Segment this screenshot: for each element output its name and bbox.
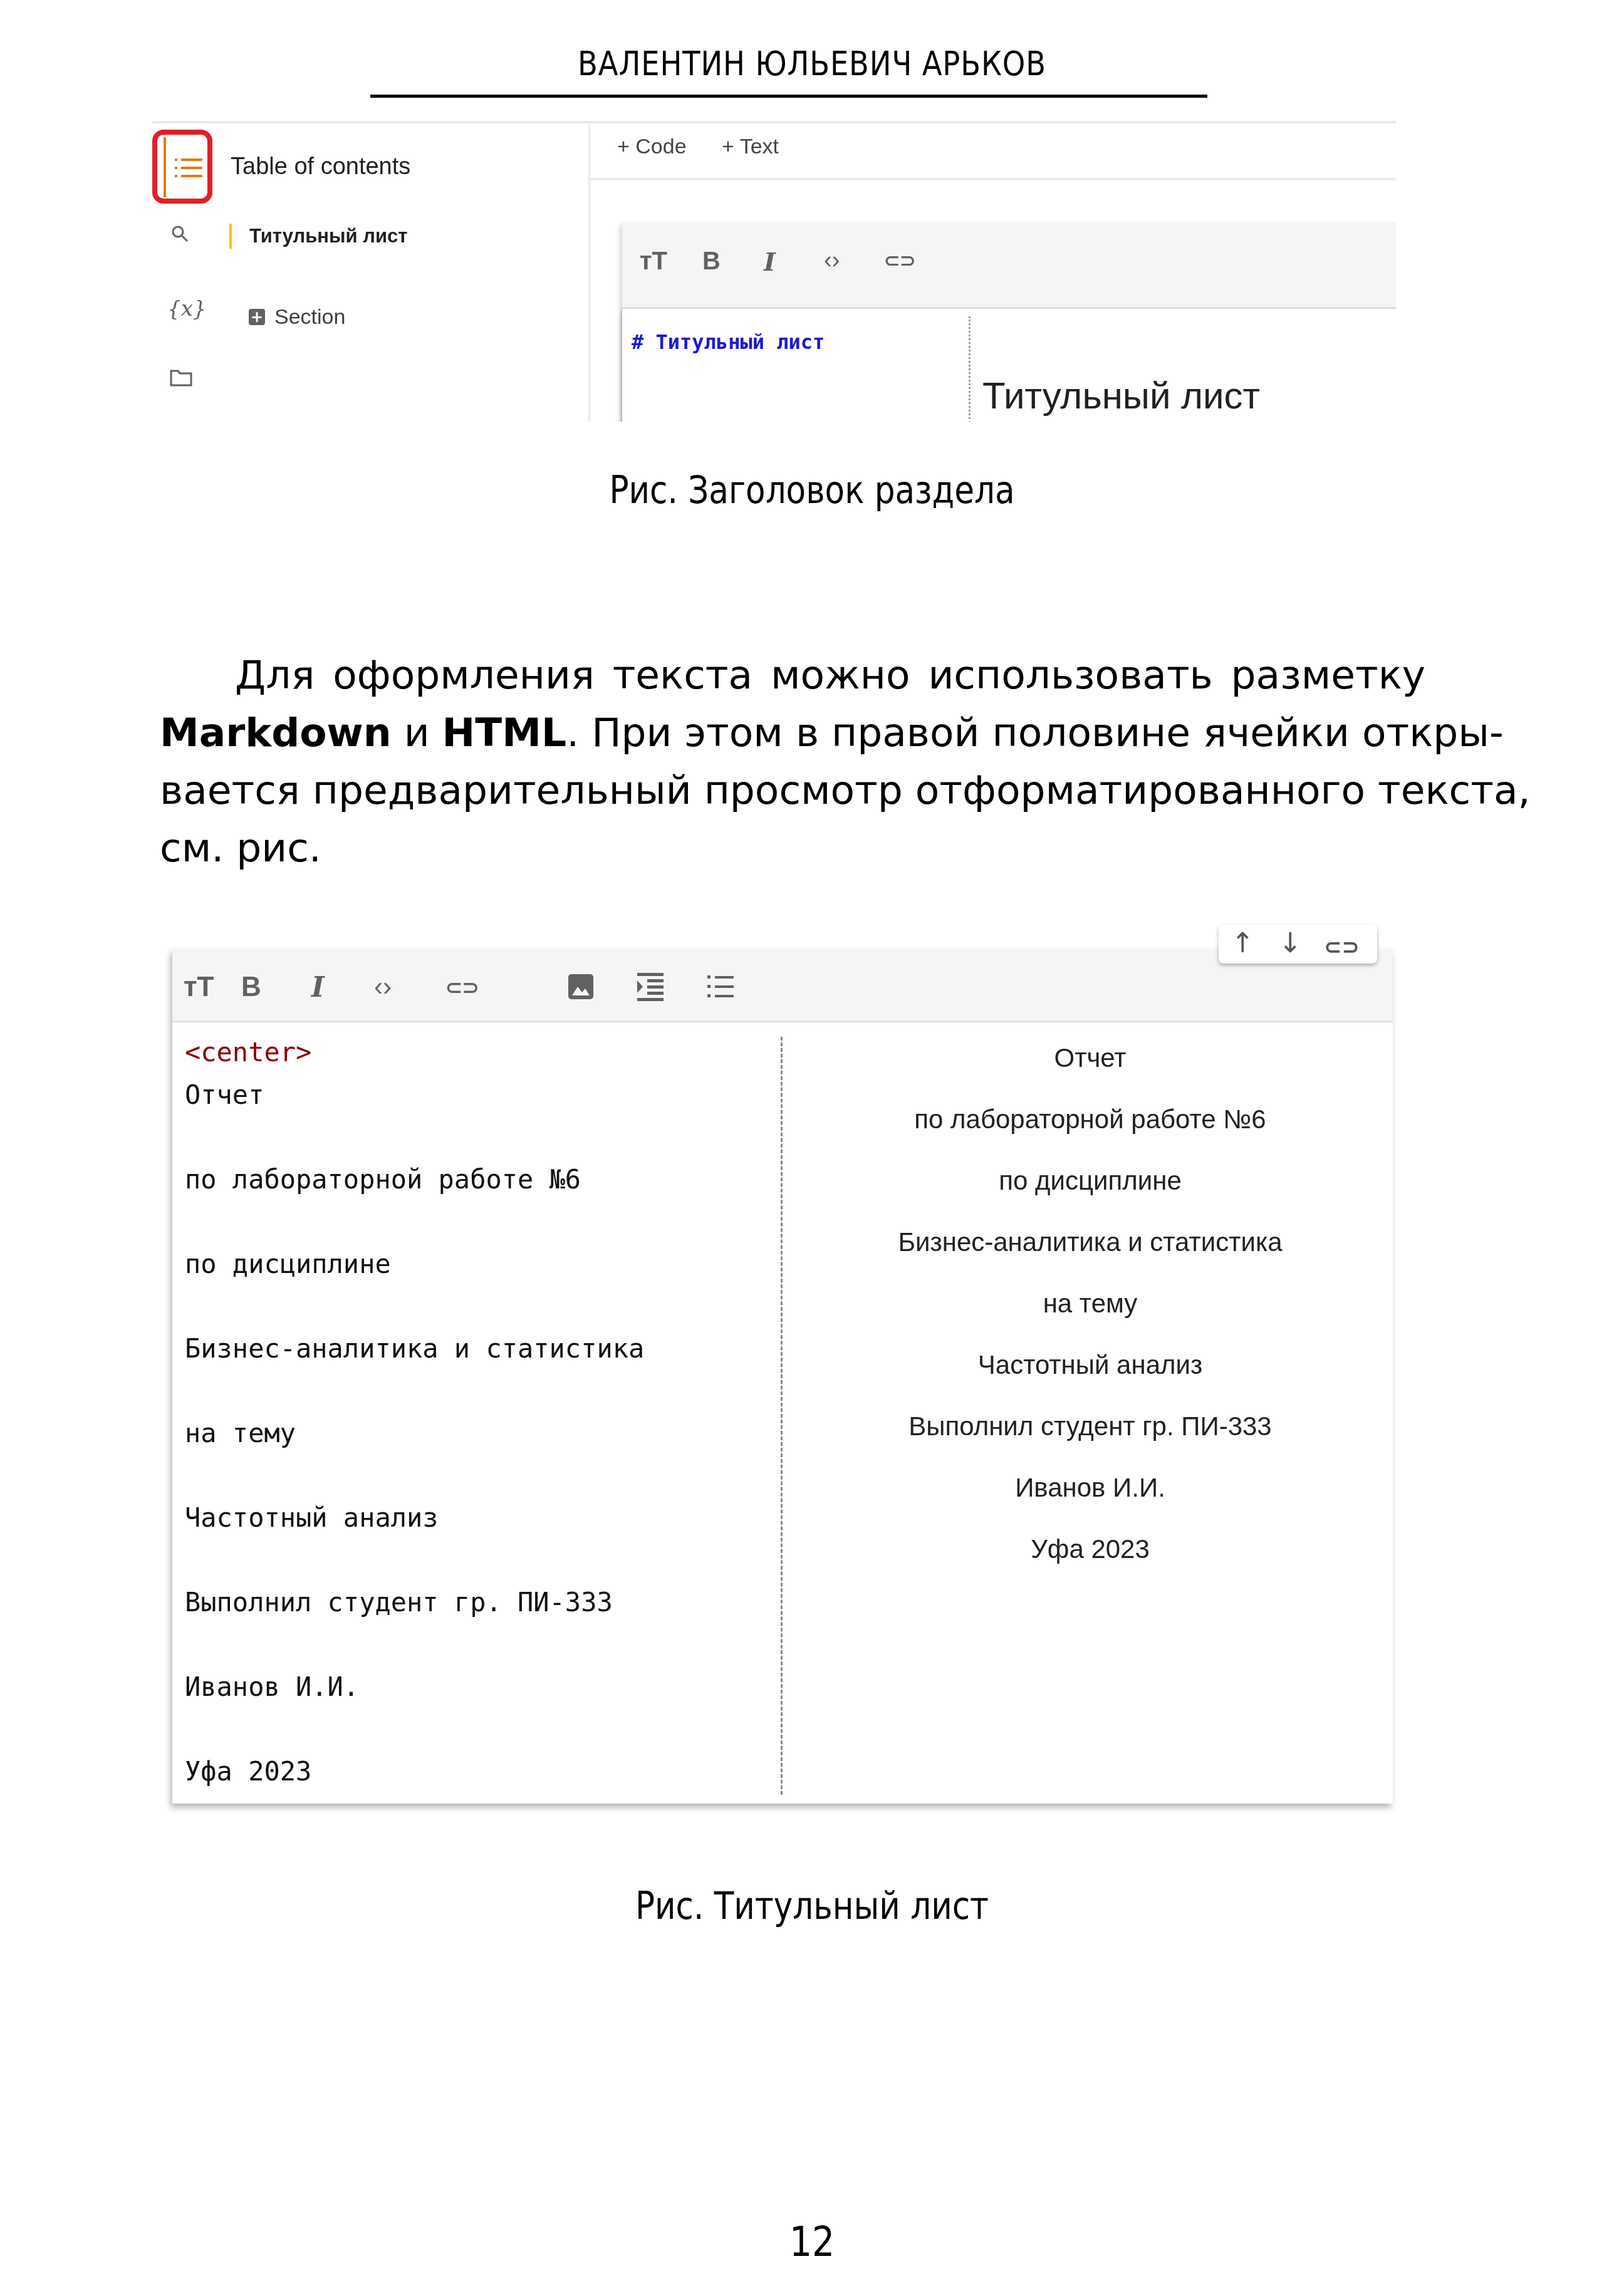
search-icon[interactable]	[171, 225, 189, 242]
markdown-preview-heading: Титульный лист	[982, 374, 1260, 417]
running-header: ВАЛЕНТИН ЮЛЬЕВИЧ АРЬКОВ	[113, 44, 1510, 84]
source-line: Иванов И.И.	[185, 1671, 359, 1702]
paragraph-line-4: см. рис.	[160, 819, 1425, 877]
link-icon[interactable]: ⊂⊃	[445, 975, 479, 999]
cell-toolbar: тT B I ‹› ⊂⊃	[172, 949, 1393, 1022]
source-line: Уфа 2023	[185, 1756, 311, 1787]
text-cell: тT B I ‹› ⊂⊃ # Титульный лист Титульный …	[622, 222, 1396, 422]
cell-actions-toolbar: ↑ ↓ ⊂⊃	[1219, 925, 1377, 964]
folder-icon[interactable]	[170, 369, 192, 387]
figure-caption-1: Рис. Заголовок раздела	[113, 469, 1510, 512]
body-paragraph: Для оформления текста можно использовать…	[160, 647, 1425, 877]
preview-line: Бизнес-аналитика и статистика	[789, 1227, 1391, 1257]
source-line: Выполнил студент гр. ПИ-333	[185, 1587, 613, 1618]
split-divider	[969, 316, 971, 422]
text-size-icon[interactable]: тT	[640, 247, 667, 276]
italic-icon[interactable]: I	[311, 972, 325, 1004]
bold-icon[interactable]: B	[702, 247, 721, 276]
active-indicator	[164, 137, 166, 197]
link-icon[interactable]: ⊂⊃	[1324, 932, 1360, 962]
toc-item-title-page[interactable]: Титульный лист	[249, 225, 407, 247]
link-icon[interactable]: ⊂⊃	[884, 250, 915, 272]
page-number: 12	[113, 2218, 1510, 2266]
preview-line: Выполнил студент гр. ПИ-333	[789, 1411, 1391, 1441]
numbered-list-icon[interactable]	[706, 973, 735, 1002]
toc-sidebar: Table of contents {x} Титульный лист + S…	[152, 123, 590, 422]
preview-line: Иванов И.И.	[789, 1473, 1391, 1503]
html-term: HTML	[442, 710, 567, 756]
indent-icon[interactable]	[636, 972, 665, 1002]
code-icon[interactable]: ‹›	[824, 247, 840, 274]
preview-line: по дисциплине	[789, 1166, 1391, 1196]
split-divider	[781, 1037, 783, 1795]
text-size-icon[interactable]: тT	[184, 972, 214, 1003]
toc-item-marker	[229, 224, 232, 249]
header-rule	[370, 95, 1207, 98]
html-tag-line: <center>	[185, 1037, 311, 1067]
markdown-source[interactable]: # Титульный лист	[632, 330, 825, 354]
move-down-icon[interactable]: ↓	[1279, 928, 1302, 958]
code-icon[interactable]: ‹›	[374, 972, 392, 1002]
source-line: Частотный анализ	[185, 1502, 439, 1533]
source-line: на тему	[185, 1418, 296, 1448]
add-section-button[interactable]: Section	[274, 305, 345, 330]
figure-caption-2: Рис. Титульный лист	[113, 1884, 1510, 1928]
bold-icon[interactable]: B	[241, 972, 261, 1003]
preview-line: на тему	[789, 1289, 1391, 1319]
toc-panel-title: Table of contents	[231, 153, 410, 180]
cell-toolbar: тT B I ‹› ⊂⊃	[622, 222, 1396, 309]
move-up-icon[interactable]: ↑	[1231, 928, 1254, 958]
markdown-term: Markdown	[160, 710, 392, 756]
variables-icon[interactable]: {x}	[167, 296, 206, 321]
source-line: Бизнес-аналитика и статистика	[185, 1333, 644, 1364]
add-code-button[interactable]: + Code	[617, 135, 687, 159]
italic-icon[interactable]: I	[764, 247, 776, 277]
paragraph-line-1: Для оформления текста можно использовать…	[160, 647, 1425, 704]
toc-icon-highlight[interactable]	[152, 130, 212, 204]
preview-line: Частотный анализ	[789, 1350, 1391, 1380]
add-section-icon[interactable]: +	[249, 309, 265, 325]
preview-line: Отчет	[789, 1043, 1391, 1073]
preview-line: Уфа 2023	[789, 1534, 1391, 1564]
paragraph-line-3: вается предварительный просмотр отформат…	[160, 762, 1425, 819]
figure-title-page-cell: тT B I ‹› ⊂⊃ <center>Отчетпо лабораторно…	[172, 949, 1393, 1804]
source-line: по дисциплине	[185, 1249, 391, 1279]
image-icon[interactable]	[567, 973, 595, 1000]
source-line: по лабораторной работе №6	[185, 1164, 581, 1195]
add-text-button[interactable]: + Text	[722, 135, 779, 159]
preview-line: по лабораторной работе №6	[789, 1104, 1391, 1135]
toc-icon	[175, 158, 202, 183]
notebook-topbar: + Code + Text	[590, 123, 1396, 180]
source-line: Отчет	[185, 1079, 264, 1110]
paragraph-line-2: Markdown и HTML. При этом в правой полов…	[160, 704, 1425, 762]
figure-colab-toc: Table of contents {x} Титульный лист + S…	[152, 121, 1396, 422]
